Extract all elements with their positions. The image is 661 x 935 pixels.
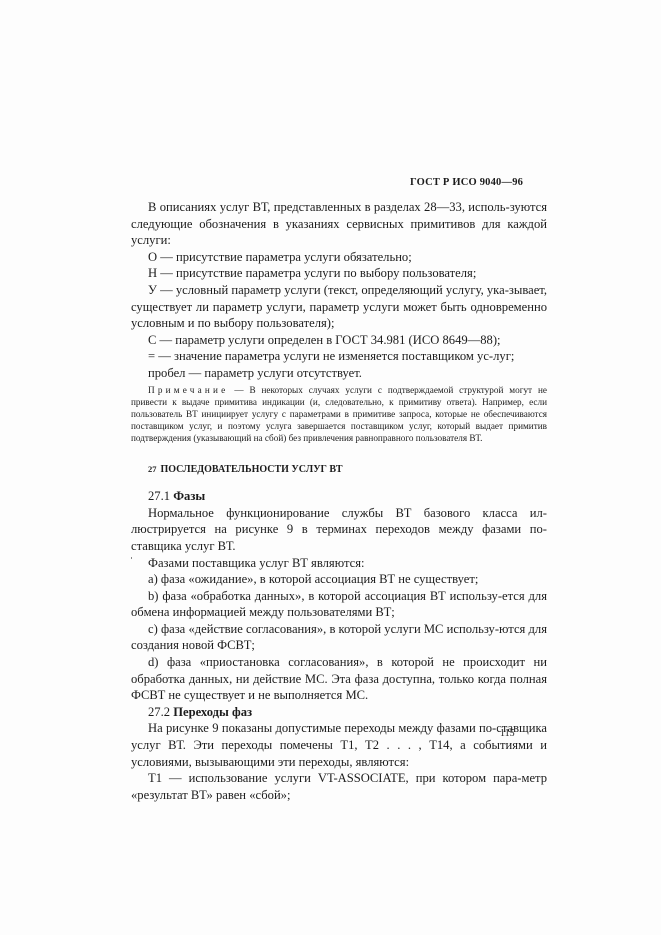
- subsection-title: Фазы: [173, 489, 205, 503]
- phase-item-c: c) фаза «действие согласования», в котор…: [131, 621, 547, 654]
- page-number: 115: [500, 728, 515, 739]
- document-header: ГОСТ Р ИСО 9040—96: [410, 177, 523, 188]
- definition-blank: пробел — параметр услуги отсутствует.: [131, 365, 547, 382]
- phases-list-intro: Фазами поставщика услуг ВТ являются:: [131, 555, 547, 572]
- phases-paragraph: Нормальное функционирование службы ВТ ба…: [131, 505, 547, 555]
- transition-t1: Т1 — использование услуги VT-ASSOCIATE, …: [131, 770, 547, 803]
- definition-mandatory: О — присутствие параметра услуги обязате…: [131, 249, 547, 266]
- note-paragraph: Примечание — В некоторых случаях услуги …: [131, 384, 547, 445]
- transitions-paragraph: На рисунке 9 показаны допустимые переход…: [131, 720, 547, 770]
- subsection-title: Переходы фаз: [173, 705, 252, 719]
- subsection-number: 27.2: [148, 705, 170, 719]
- subsection-heading-phases: 27.1 Фазы: [131, 488, 547, 505]
- phase-item-a: a) фаза «ожидание», в которой ассоциация…: [131, 571, 547, 588]
- definition-conditional: У — условный параметр услуги (текст, опр…: [131, 282, 547, 332]
- phase-item-d: d) фаза «приостановка согласования», в к…: [131, 654, 547, 704]
- intro-paragraph: В описаниях услуг ВТ, представленных в р…: [131, 199, 547, 249]
- phase-item-b: b) фаза «обработка данных», в которой ас…: [131, 588, 547, 621]
- definition-unchanged: = — значение параметра услуги не изменяе…: [131, 348, 547, 365]
- page-body: В описаниях услуг ВТ, представленных в р…: [131, 199, 547, 803]
- subsection-heading-transitions: 27.2 Переходы фаз: [131, 704, 547, 721]
- section-heading: 27ПОСЛЕДОВАТЕЛЬНОСТИ УСЛУГ ВТ: [131, 461, 547, 479]
- scan-artifact: [131, 557, 132, 559]
- section-title: ПОСЛЕДОВАТЕЛЬНОСТИ УСЛУГ ВТ: [161, 464, 343, 475]
- section-number: 27: [148, 464, 157, 474]
- definition-optional: Н — присутствие параметра услуги по выбо…: [131, 265, 547, 282]
- note-label: Примечание: [148, 385, 228, 395]
- subsection-number: 27.1: [148, 489, 170, 503]
- definition-gost-reference: С — параметр услуги определен в ГОСТ 34.…: [131, 332, 547, 349]
